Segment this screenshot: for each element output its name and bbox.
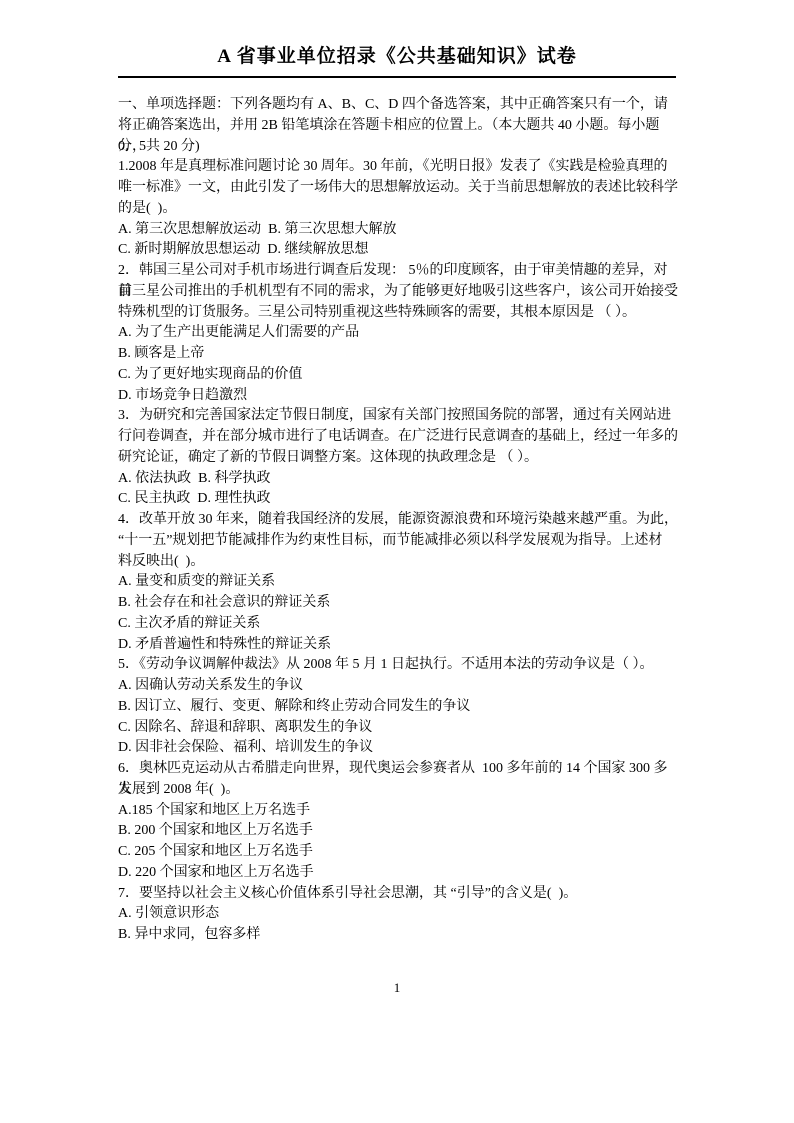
question-6-option-c: C. 205 个国家和地区上万名选手 xyxy=(118,842,680,863)
question-2-option-c: C. 为了更好地实现商品的价值 xyxy=(118,365,680,386)
question-7: 7．要坚持以社会主义核心价值体系引导社会思潮，其 “引导”的含义是( )。 A.… xyxy=(118,884,680,946)
doc-title: A 省事业单位招录《公共基础知识》试卷 xyxy=(0,41,794,68)
question-4-option-a: A. 量变和质变的辩证关系 xyxy=(118,572,680,593)
question-5: 5．《劳动争议调解仲裁法》从 2008 年 5 月 1 日起执行。不适用本法的劳… xyxy=(118,655,680,759)
question-6-stem-line-1: 6．奥林匹克运动从古希腊走向世界，现代奥运会参赛者从 100 多年前的 14 个… xyxy=(118,759,680,780)
question-7-stem-line-1: 7．要坚持以社会主义核心价值体系引导社会思潮，其 “引导”的含义是( )。 xyxy=(118,884,680,905)
page-number: 1 xyxy=(0,980,794,996)
instructions-line-1: 一、单项选择题：下列各题均有 A、B、C、D 四个备选答案，其中正确答案只有一个… xyxy=(118,95,680,116)
question-2-option-d: D. 市场竞争日趋激烈 xyxy=(118,386,680,407)
question-4-option-d: D. 矛盾普遍性和特殊性的辩证关系 xyxy=(118,635,680,656)
question-4: 4．改革开放 30 年来，随着我国经济的发展，能源资源浪费和环境污染越来越严重。… xyxy=(118,510,680,655)
question-5-option-a: A. 因确认劳动关系发生的争议 xyxy=(118,676,680,697)
question-3-options-ab: A. 依法执政 B. 科学执政 xyxy=(118,469,680,490)
question-1-options-cd: C. 新时期解放思想运动 D. 继续解放思想 xyxy=(118,240,680,261)
title-underline-rule xyxy=(118,76,676,78)
question-7-option-b: B. 异中求同，包容多样 xyxy=(118,925,680,946)
question-1-stem-line-3: 的是( )。 xyxy=(118,199,680,220)
question-5-option-d: D. 因非社会保险、福利、培训发生的争议 xyxy=(118,738,680,759)
question-2-option-a: A. 为了生产出更能满足人们需要的产品 xyxy=(118,323,680,344)
question-5-option-b: B. 因订立、履行、变更、解除和终止劳动合同发生的争议 xyxy=(118,697,680,718)
question-2-stem-line-2: 前三星公司推出的手机机型有不同的需求，为了能够更好地吸引这些客户，该公司开始接受 xyxy=(118,282,680,303)
question-4-option-b: B. 社会存在和社会意识的辩证关系 xyxy=(118,593,680,614)
question-2-option-b: B. 顾客是上帝 xyxy=(118,344,680,365)
question-4-option-c: C. 主次矛盾的辩证关系 xyxy=(118,614,680,635)
question-3-stem-line-2: 行问卷调查，并在部分城市进行了电话调查。在广泛进行民意调查的基础上，经过一年多的 xyxy=(118,427,680,448)
question-1-stem-line-1: 1.2008 年是真理标准问题讨论 30 周年。30 年前，《光明日报》发表了《… xyxy=(118,157,680,178)
question-2-stem-line-1: 2．韩国三星公司对手机市场进行调查后发现： 5％的印度顾客，由于审美情趣的差异，… xyxy=(118,261,680,282)
question-4-stem-line-2: “十一五”规划把节能减排作为约束性目标，而节能减排必须以科学发展观为指导。上述材 xyxy=(118,531,680,552)
question-6-option-a: A.185 个国家和地区上万名选手 xyxy=(118,801,680,822)
question-1: 1.2008 年是真理标准问题讨论 30 周年。30 年前，《光明日报》发表了《… xyxy=(118,157,680,261)
instructions-line-2: 将正确答案选出，并用 2B 铅笔填涂在答题卡相应的位置上。（本大题共 40 小题… xyxy=(118,116,680,137)
question-5-option-c: C. 因除名、辞退和辞职、离职发生的争议 xyxy=(118,718,680,739)
question-6-option-b: B. 200 个国家和地区上万名选手 xyxy=(118,821,680,842)
question-5-stem-line-1: 5．《劳动争议调解仲裁法》从 2008 年 5 月 1 日起执行。不适用本法的劳… xyxy=(118,655,680,676)
instructions-line-3: 分，共 20 分) xyxy=(118,137,680,158)
question-2-stem-line-3: 特殊机型的订货服务。三星公司特别重视这些特殊顾客的需要，其根本原因是 （ ）。 xyxy=(118,303,680,324)
question-4-stem-line-1: 4．改革开放 30 年来，随着我国经济的发展，能源资源浪费和环境污染越来越严重。… xyxy=(118,510,680,531)
question-4-stem-line-3: 料反映出( )。 xyxy=(118,552,680,573)
doc-body: 一、单项选择题：下列各题均有 A、B、C、D 四个备选答案，其中正确答案只有一个… xyxy=(118,95,680,946)
question-7-option-a: A. 引领意识形态 xyxy=(118,904,680,925)
question-3-stem-line-3: 研究论证，确定了新的节假日调整方案。这体现的执政理念是 （ ）。 xyxy=(118,448,680,469)
section-instructions: 一、单项选择题：下列各题均有 A、B、C、D 四个备选答案，其中正确答案只有一个… xyxy=(118,95,680,157)
question-1-options-ab: A. 第三次思想解放运动 B. 第三次思想大解放 xyxy=(118,220,680,241)
question-1-stem-line-2: 唯一标准》一文，由此引发了一场伟大的思想解放运动。关于当前思想解放的表述比较科学 xyxy=(118,178,680,199)
question-6-option-d: D. 220 个国家和地区上万名选手 xyxy=(118,863,680,884)
question-3-stem-line-1: 3．为研究和完善国家法定节假日制度，国家有关部门按照国务院的部署，通过有关网站进 xyxy=(118,406,680,427)
question-6-stem-line-2: 发展到 2008 年( )。 xyxy=(118,780,680,801)
question-6: 6．奥林匹克运动从古希腊走向世界，现代奥运会参赛者从 100 多年前的 14 个… xyxy=(118,759,680,884)
question-2: 2．韩国三星公司对手机市场进行调查后发现： 5％的印度顾客，由于审美情趣的差异，… xyxy=(118,261,680,406)
question-3: 3．为研究和完善国家法定节假日制度，国家有关部门按照国务院的部署，通过有关网站进… xyxy=(118,406,680,510)
document-page: A 省事业单位招录《公共基础知识》试卷 一、单项选择题：下列各题均有 A、B、C… xyxy=(0,0,794,1123)
question-3-options-cd: C. 民主执政 D. 理性执政 xyxy=(118,489,680,510)
